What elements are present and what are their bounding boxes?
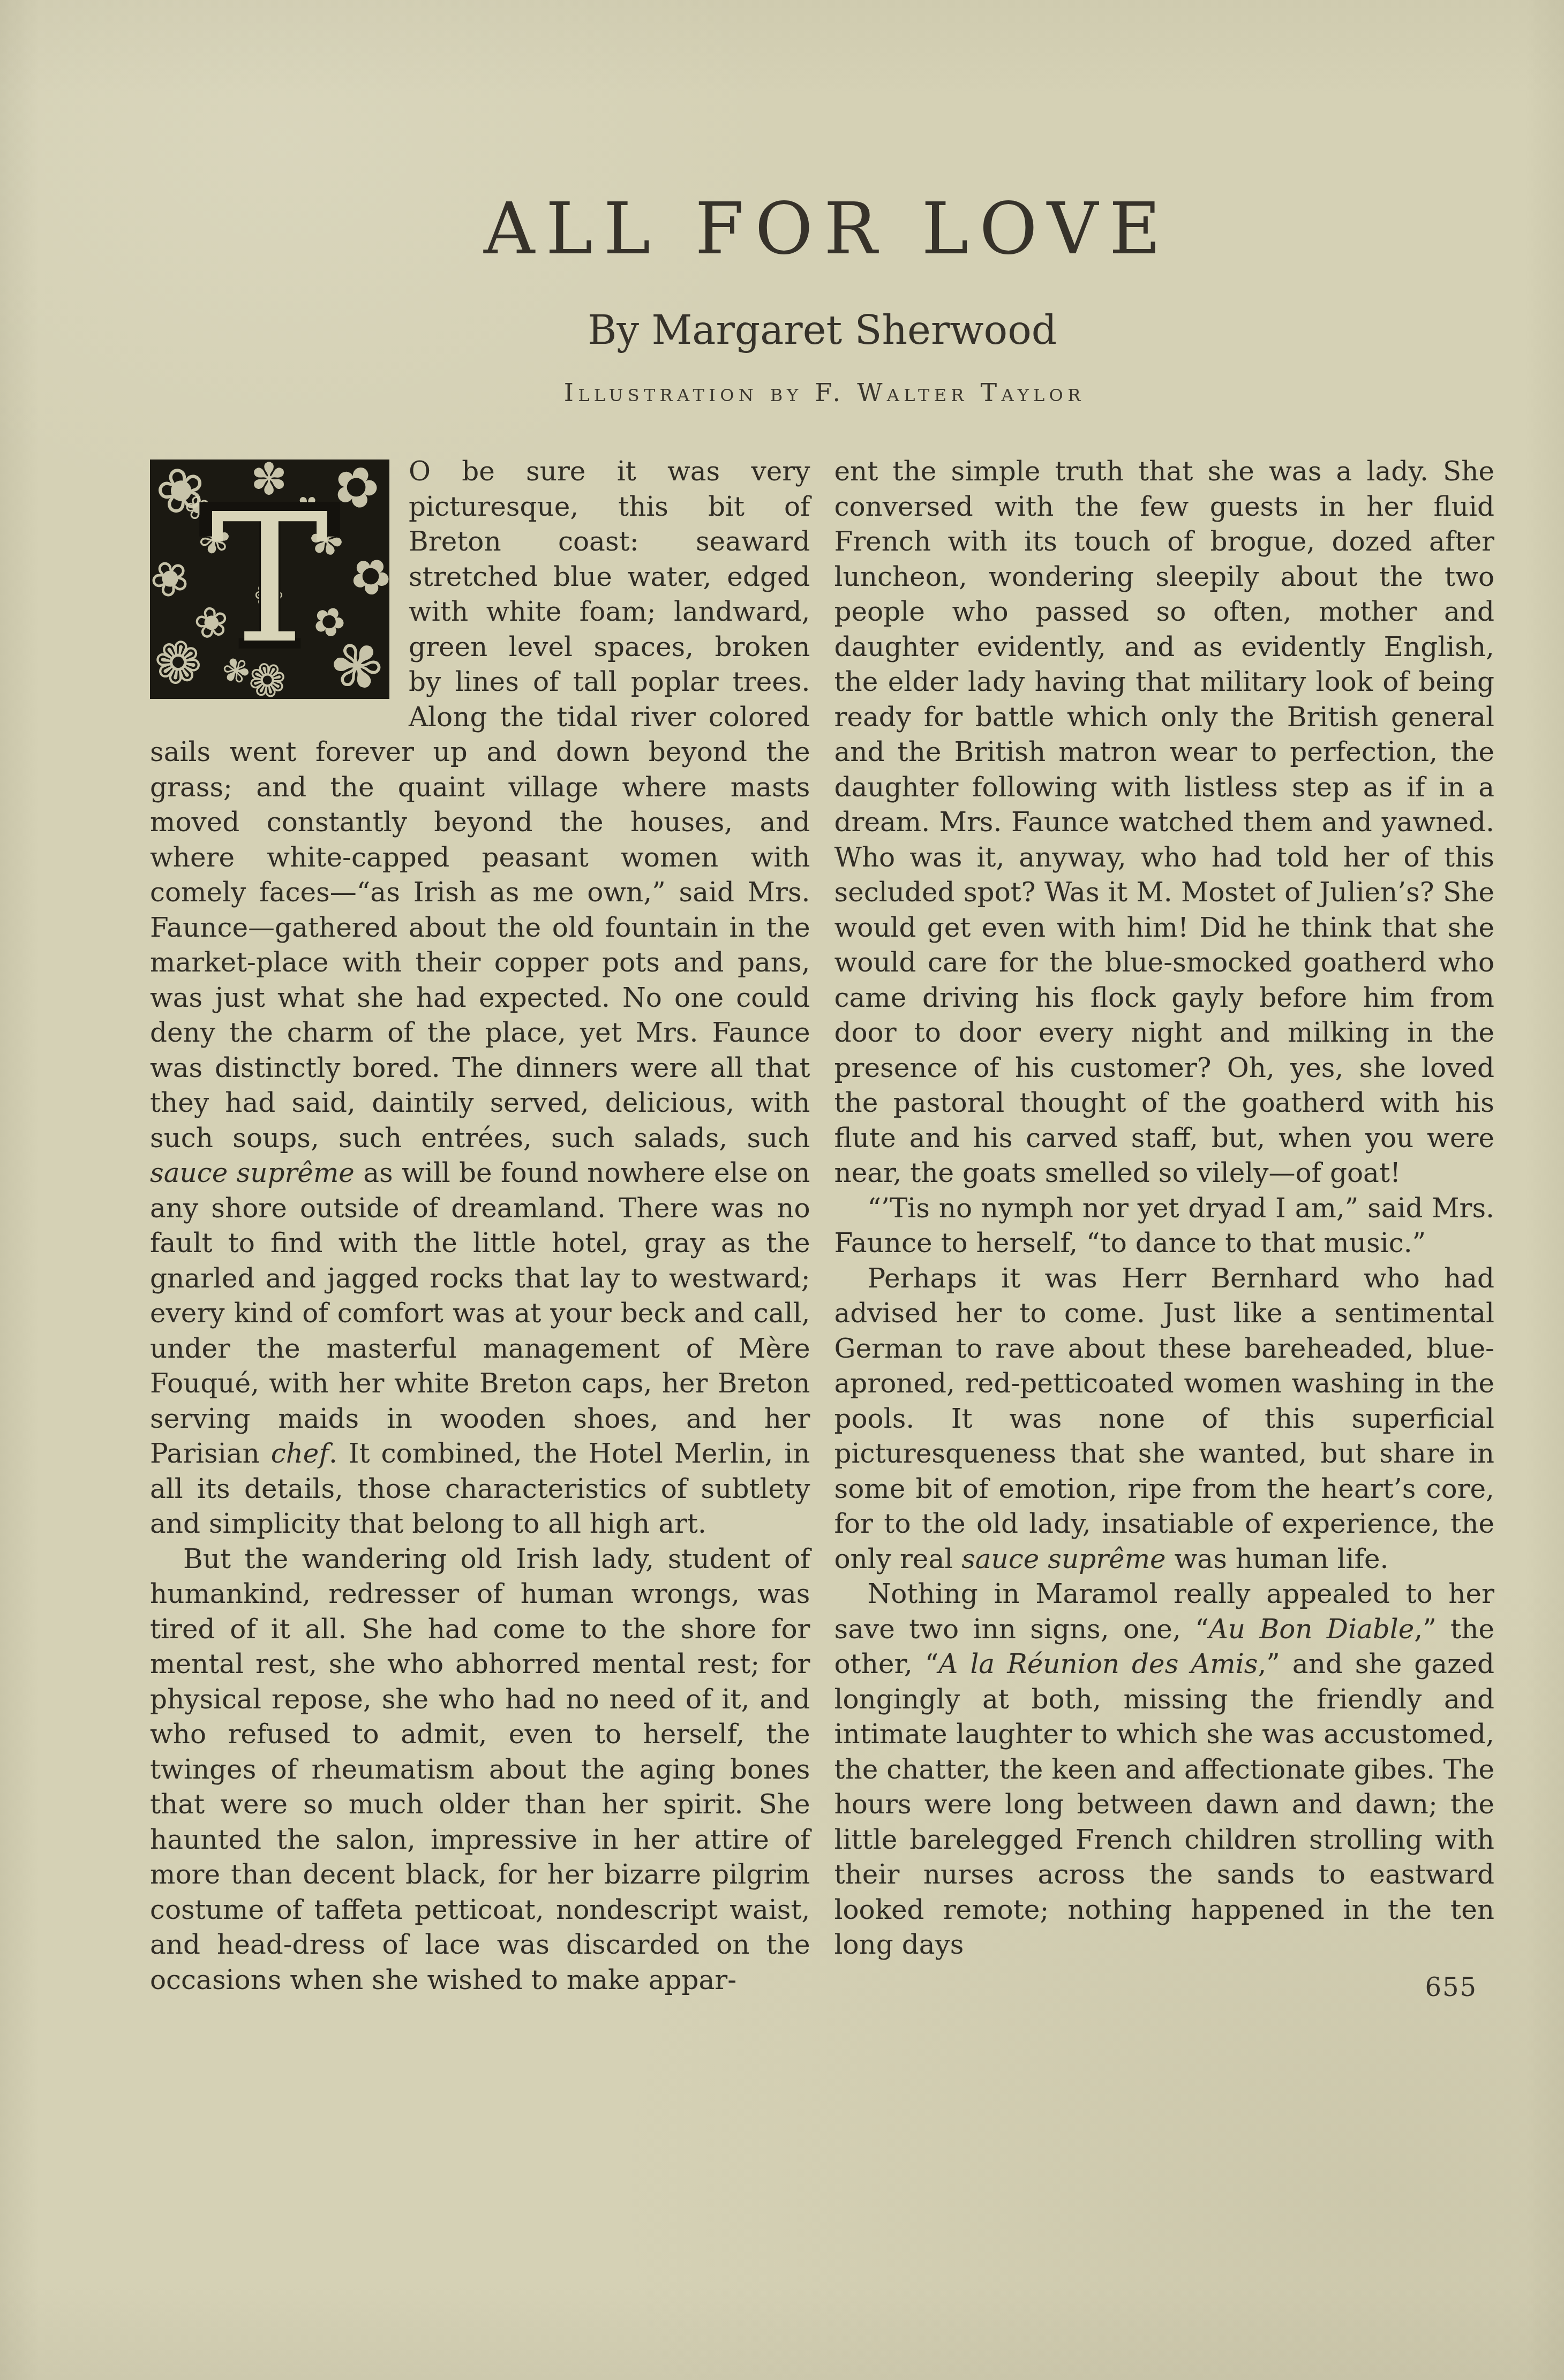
italic-phrase: sauce suprême xyxy=(150,1157,355,1188)
paragraph: Nothing in Maramol really appealed to he… xyxy=(834,1577,1495,1963)
text-column-right: ent the simple truth that she was a lady… xyxy=(834,454,1495,2005)
paragraph: But the wandering old Irish lady, studen… xyxy=(150,1542,810,1998)
dropcap-letter: T xyxy=(150,460,389,699)
illustration-credit: Illustration by F. Walter Taylor xyxy=(150,380,1494,405)
paragraph: Perhaps it was Herr Bernhard who had adv… xyxy=(834,1261,1495,1577)
paragraph: “’Tis no nymph nor yet dryad I am,” said… xyxy=(834,1191,1495,1261)
decorative-initial-block: ❀✿❁✾✽❀✿❁✾✽❀✿❁✾✽❀TT xyxy=(150,460,389,699)
page-number: 655 xyxy=(834,1970,1495,2006)
paragraph: ent the simple truth that she was a lady… xyxy=(834,454,1495,1191)
article-header: ALL FOR LOVE By Margaret Sherwood Illust… xyxy=(150,0,1494,405)
italic-phrase: sauce suprême xyxy=(961,1543,1166,1575)
article-byline: By Margaret Sherwood xyxy=(150,311,1494,350)
book-page: ALL FOR LOVE By Margaret Sherwood Illust… xyxy=(0,0,1564,2380)
paragraph-with-dropcap: ❀✿❁✾✽❀✿❁✾✽❀✿❁✾✽❀TTO be sure it was very … xyxy=(150,454,810,1542)
italic-phrase: Au Bon Diable xyxy=(1209,1614,1415,1645)
article-body: ❀✿❁✾✽❀✿❁✾✽❀✿❁✾✽❀TTO be sure it was very … xyxy=(150,454,1494,2005)
italic-phrase: A la Réunion des Amis xyxy=(938,1648,1258,1679)
italic-phrase: chef xyxy=(271,1438,329,1469)
article-title: ALL FOR LOVE xyxy=(150,194,1494,265)
text-column-left: ❀✿❁✾✽❀✿❁✾✽❀✿❁✾✽❀TTO be sure it was very … xyxy=(150,454,810,2005)
